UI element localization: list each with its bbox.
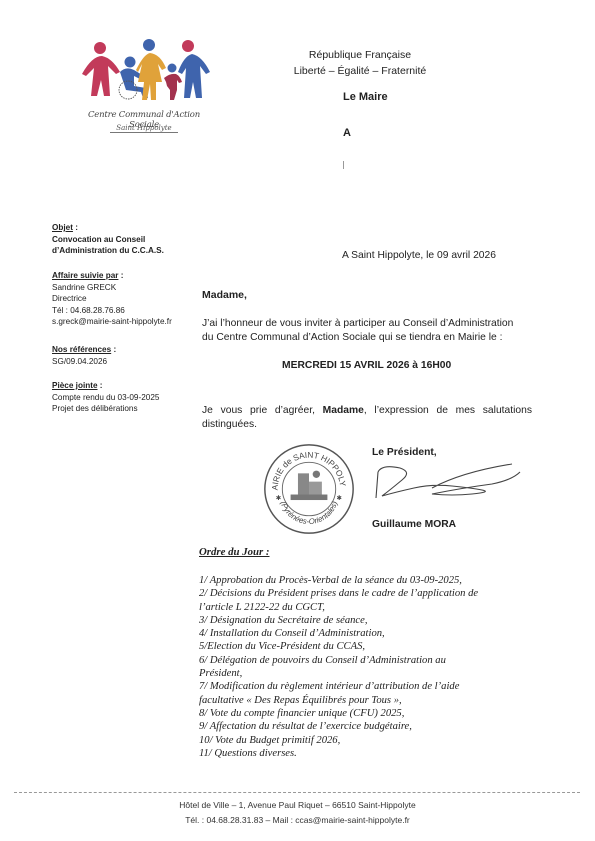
logo-subtitle: Saint Hippolyte [78,124,210,132]
agenda-item: 2/ Décisions du Président prises dans le… [199,587,544,600]
agenda-item: l’article L 2122-22 du CGCT, [199,601,544,614]
recipient-prefix: A [343,127,351,139]
agenda-list: 1/ Approbation du Procès-Verbal de la sé… [199,574,544,760]
salutation: Madame, [202,289,247,301]
agenda-item: 11/ Questions diverses. [199,747,544,760]
svg-text:✱: ✱ [337,495,342,502]
signer-name: Guillaume MORA [372,519,456,530]
letter-body: J’ai l’honneur de vous inviter à partici… [202,317,537,345]
republic-motto: Liberté – Égalité – Fraternité [270,63,450,79]
contact-role: Directrice [52,293,172,305]
signer-title: Le Président, [372,447,437,458]
closing-formula: Je vous prie d’agréer, Madame, l’express… [202,404,532,432]
affaire-block: Affaire suivie par : Sandrine GRECK Dire… [52,270,172,328]
objet-block: Objet : Convocation au Conseil d’Adminis… [52,222,164,257]
agenda-item: 7/ Modification du règlement intérieur d… [199,680,544,693]
attachment-item: Compte rendu du 03-09-2025 [52,392,159,404]
sender-title: Le Maire [343,91,388,103]
refs-value: SG/09.04.2026 [52,356,116,368]
republic-name: République Française [270,47,450,63]
agenda-title: Ordre du Jour : [199,546,270,558]
agenda-item: 6/ Délégation de pouvoirs du Conseil d’A… [199,654,544,667]
attachment-label: Pièce jointe [52,381,98,390]
refs-label: Nos références [52,345,111,354]
contact-phone: Tél : 04.68.28.76.86 [52,305,172,317]
handwritten-signature [372,458,522,508]
footer-address: Hôtel de Ville – 1, Avenue Paul Riquet –… [0,800,595,810]
objet-line: d’Administration du C.C.A.S. [52,245,164,257]
letter-date: A Saint Hippolyte, le 09 avril 2026 [342,250,496,261]
attachment-block: Pièce jointe : Compte rendu du 03-09-202… [52,380,159,415]
contact-name: Sandrine GRECK [52,282,172,294]
footer-divider [14,792,580,793]
agenda-item: 4/ Installation du Conseil d’Administrat… [199,627,544,640]
objet-label: Objet [52,223,73,232]
agenda-item: 1/ Approbation du Procès-Verbal de la sé… [199,574,544,587]
mairie-seal-stamp: MAIRIE de SAINT HIPPOLYTE (Pyrénées-Orie… [263,443,355,535]
refs-block: Nos références : SG/09.04.2026 [52,344,116,367]
footer-contact: Tél. : 04.68.28.31.83 – Mail : ccas@mair… [0,815,595,825]
contact-email[interactable]: s.greck@mairie-saint-hippolyte.fr [52,316,172,328]
agenda-item: Président, [199,667,544,680]
agenda-item: 5/Election du Vice-Président du CCAS, [199,640,544,653]
attachment-item: Projet des délibérations [52,403,159,415]
affaire-label: Affaire suivie par [52,271,118,280]
agenda-item: 3/ Désignation du Secrétaire de séance, [199,614,544,627]
meeting-datetime: MERCREDI 15 AVRIL 2026 à 16H00 [282,360,451,371]
svg-text:✱: ✱ [276,495,281,502]
agenda-item: 9/ Affectation du résultat de l’exercice… [199,720,544,733]
agenda-item: facultative « Des Repas Équilibrés pour … [199,694,544,707]
redacted-recipient-mark [343,161,344,169]
objet-line: Convocation au Conseil [52,234,164,246]
agenda-item: 10/ Vote du Budget primitif 2026, [199,734,544,747]
agenda-item: 8/ Vote du compte financier unique (CFU)… [199,707,544,720]
svg-text:(Pyrénées-Orientales): (Pyrénées-Orientales) [279,500,340,526]
republic-header: République Française Liberté – Égalité –… [270,47,450,79]
